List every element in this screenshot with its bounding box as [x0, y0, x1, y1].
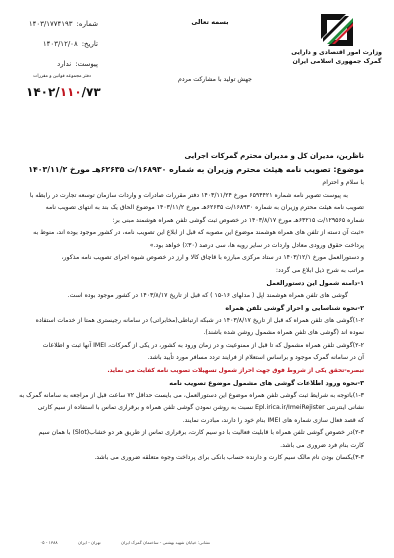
paragraph-line: پرداخت حقوق ورودی معادل واردات در سایر ر… [24, 240, 364, 253]
registry-number: ۱۴۰۲/۱۱۰/۷۳ [26, 85, 98, 99]
document-page: وزارت امور اقتصادی و دارایی گمرک جمهوری … [0, 0, 394, 558]
section-3-line: کارت بنام فرد ضروری می باشد. [24, 440, 364, 453]
greeting: با سلام و احترام [24, 177, 364, 190]
section-2-line: ۲-۲)گوشی تلفن همراه مشمول که تا قبل از م… [24, 340, 364, 353]
footer-phone: ۰۵ - ۱۳۸۸ [40, 540, 58, 545]
registry-number-mid: ۱۱۰ [60, 85, 82, 99]
section-2-line: نموده اند (گوشی های تلفن همراه مشمول روش… [24, 327, 364, 340]
paragraph-line: تصویب نامه هیئت محترم وزیران به شماره ۱۶… [24, 202, 364, 215]
section-3-line: ۲-۳)در خصوص گوشی تلفن همراه با قابلیت فع… [24, 427, 364, 440]
customs-name: گمرک جمهوری اسلامی ایران [292, 57, 382, 66]
footer-address: نشانی: خیابان شهید بهشتی - ساختمان گمرک … [121, 540, 210, 545]
customs-logo-icon [319, 12, 355, 48]
section-1-heading: ۱-دامنه شمول این دستورالعمل [24, 277, 364, 290]
letter-date-row: تاریخ: ۱۴۰۳/۱۲/۰۸ [12, 38, 98, 58]
registry-number-prefix: ۱۴۰۲/ [26, 85, 60, 99]
section-3-line: نشانی اینترنتی Epl.irica.ir/ImeiRejister… [24, 402, 364, 415]
letter-meta: شماره: ۱۴۰۳/۱۷۷۴۱۹۳ تاریخ: ۱۴۰۳/۱۲/۰۸ پی… [12, 18, 98, 99]
basmala: بسمه تعالی [180, 18, 240, 26]
letter-number-row: شماره: ۱۴۰۳/۱۷۷۴۱۹۳ [12, 18, 98, 38]
section-3-heading: ۳-نحوه ورود اطلاعات گوشی های مشمول موضوع… [24, 377, 364, 390]
letter-body: ناظرین، مدیران کل و مدیران محترم گمرکات … [24, 150, 364, 465]
registry-caption: دفتر مجموعه قوانین و مقررات [26, 74, 98, 79]
section-3-line: ۱-۳)باتوجه به شرایط ثبت گوشی تلفن همراه … [24, 390, 364, 403]
organization-block: وزارت امور اقتصادی و دارایی گمرک جمهوری … [292, 12, 382, 66]
registry-number-suffix: /۷۳ [82, 85, 101, 99]
section-2-note: تبصره-تحقق یکی از شروط فوق جهت احراز شمو… [24, 365, 364, 378]
paragraph-line: «ثبت آن دسته از تلفن های همراه هوشمند مو… [24, 227, 364, 240]
section-1-line: گوشی های تلفن همراه هوشمند اپل ( مدلهای … [24, 290, 364, 303]
section-2-heading: ۲-نحوه شناسایی و احراز گوشی تلفن همراه [24, 302, 364, 315]
letter-date-value: ۱۴۰۳/۱۲/۰۸ [43, 38, 78, 58]
footer: نشانی: خیابان شهید بهشتی - ساختمان گمرک … [40, 540, 210, 545]
subject: موضوع: تصویب نامه هیئت محترم وزیران به ش… [24, 163, 364, 177]
section-3-line: که قصد فعال سازی شماره های IMEI بنام خود… [24, 415, 364, 428]
letter-date-label: تاریخ: [82, 38, 98, 58]
letter-number-label: شماره: [77, 18, 98, 38]
section-2-line: ۱-۲)گوشی های تلفن همراه که قبل از تاریخ … [24, 315, 364, 328]
slogan: جهش تولید با مشارکت مردم [170, 76, 260, 83]
paragraph-line: به پیوست تصویر نامه شماره ۶۵۹۴۴۲۱ مورخ ۱… [24, 190, 364, 203]
addressee: ناظرین، مدیران کل و مدیران محترم گمرکات … [24, 150, 364, 163]
ministry-name: وزارت امور اقتصادی و دارایی [292, 48, 382, 57]
paragraph-line: مراتب به شرح ذیل ابلاغ می گردد: [24, 265, 364, 278]
paragraph-line: و دستورالعمل مورخ ۱۴۰۳/۱۲/۱ در ستاد مرکز… [24, 252, 364, 265]
footer-city: تهران - ایران [78, 540, 101, 545]
section-2-line: آن در سامانه گمرک موجود و براساس استعلام… [24, 352, 364, 365]
paragraph-line: شماره ۱۲۹۵۶۵/ت ۶۳۲۱۵هـ مورخ ۱۴۰۳/۸/۱۷ در… [24, 215, 364, 228]
letter-number-value: ۱۴۰۳/۱۷۷۴۱۹۳ [29, 18, 73, 38]
section-3-line: ۳-۳)یکسان بودن نام مالک سیم کارت و دارند… [24, 452, 364, 465]
